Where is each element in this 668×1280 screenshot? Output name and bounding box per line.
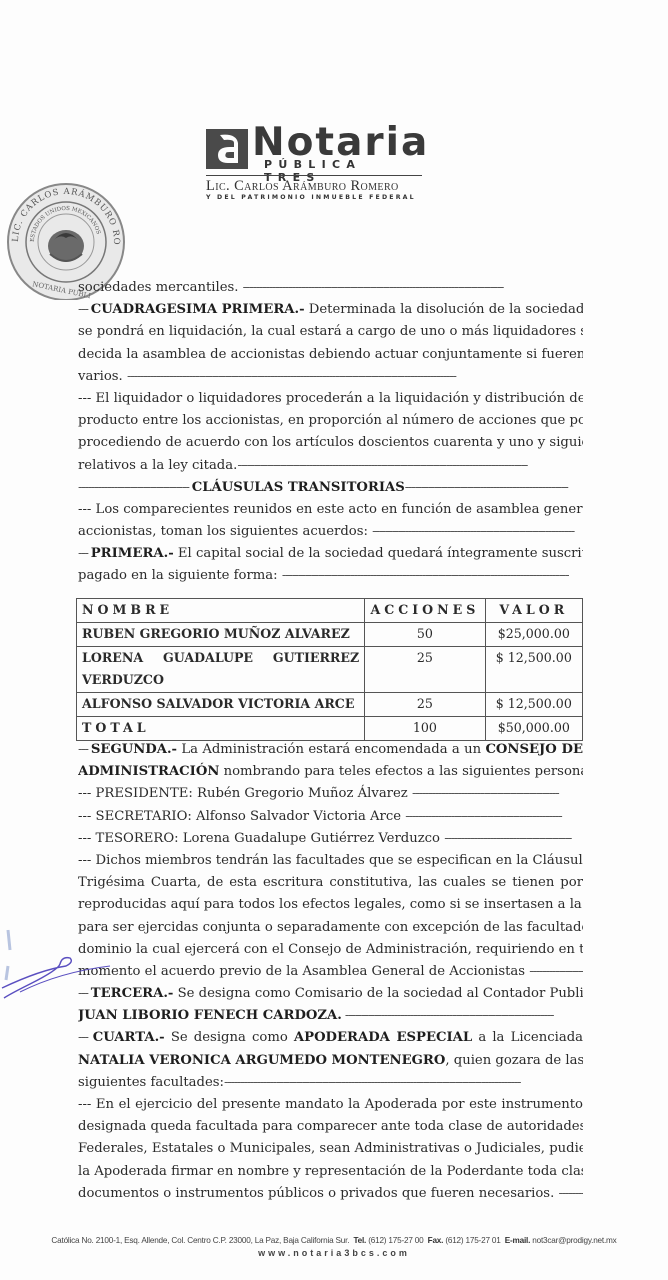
text-line: El capital social de la sociedad quedará…	[174, 546, 583, 561]
text-line: momento el acuerdo previo de la Asamblea…	[78, 964, 529, 979]
clause-label: PRIMERA.-	[91, 546, 174, 561]
text-line: , quien gozara de las	[445, 1053, 583, 1068]
text-line: --- El liquidador o liquidadores procede…	[78, 388, 583, 410]
bold-term: ADMINISTRACIÓN	[78, 764, 219, 779]
value-cell: $ 12,500.00	[485, 647, 582, 693]
text-line: Se designa como Comisario de la sociedad…	[173, 986, 583, 1001]
text-line: designada queda facultada para comparece…	[78, 1116, 583, 1138]
fax-label: Fax.	[428, 1236, 444, 1245]
clause-label: SEGUNDA.-	[91, 742, 177, 757]
notary-subtitle: Y DEL PATRIMONIO INMUEBLE FEDERAL	[206, 194, 416, 201]
text-line: nombrando para teles efectos a las sigui…	[219, 764, 583, 779]
text-line: procediendo de acuerdo con los artículos…	[78, 432, 583, 454]
section-title: CLÁUSULAS TRANSITORIAS	[192, 480, 405, 495]
text-line: siguientes facultades:	[78, 1075, 224, 1090]
text-line: --- Dichos miembros tendrán las facultad…	[78, 850, 583, 872]
text-line: Determinada la disolución de la sociedad…	[305, 302, 583, 317]
document-body: sociedades mercantiles. ----------------…	[78, 277, 583, 588]
text-line: para ser ejercidas conjunta o separadame…	[78, 917, 583, 939]
clause-label: CUADRAGESIMA PRIMERA.-	[91, 302, 305, 317]
footer-email[interactable]: not3car@prodigy.net.mx	[532, 1236, 616, 1245]
letterhead-footer: Católica No. 2100-1, Esq. Allende, Col. …	[0, 1236, 668, 1258]
email-label: E-mail.	[505, 1236, 530, 1245]
name-part: VERDUZCO	[82, 669, 359, 691]
text-line: Trigésima Cuarta, de esta escritura cons…	[78, 872, 583, 894]
footer-fax: (612) 175-27 01	[445, 1236, 500, 1245]
value-cell: $25,000.00	[485, 623, 582, 647]
text-line: dominio la cual ejercerá con el Consejo …	[78, 939, 583, 961]
shareholder-name: RUBEN GREGORIO MUÑOZ ALVAREZ	[77, 623, 365, 647]
table-total-row: TOTAL 100 $50,000.00	[77, 717, 583, 741]
text-line: --- Los comparecientes reunidos en este …	[78, 499, 583, 521]
total-label: TOTAL	[77, 717, 365, 741]
capital-table: NOMBRE ACCIONES VALOR RUBEN GREGORIO MUÑ…	[76, 598, 583, 741]
footer-phone: (612) 175-27 00	[368, 1236, 423, 1245]
notary-name: Lic. Carlos Arámburo Romero	[206, 178, 399, 195]
text-line: pagado en la siguiente forma:	[78, 568, 282, 583]
name-part: LORENA	[82, 647, 143, 669]
total-value: $50,000.00	[485, 717, 582, 741]
tel-label: Tel.	[353, 1236, 366, 1245]
table-row: ALFONSO SALVADOR VICTORIA ARCE 25 $ 12,5…	[77, 693, 583, 717]
text-line: reproducidas aquí para todos los efectos…	[78, 894, 583, 916]
text-line: sociedades mercantiles.	[78, 280, 243, 295]
bold-term: NATALIA VERONICA ARGUMEDO MONTENEGRO	[78, 1053, 445, 1068]
notaria-mark-icon	[206, 129, 248, 169]
text-line: la Apoderada firmar en nombre y represen…	[78, 1161, 583, 1183]
text-line: decida la asamblea de accionistas debien…	[78, 344, 583, 366]
shareholder-name: ALFONSO SALVADOR VICTORIA ARCE	[77, 693, 365, 717]
table-row: LORENA GUADALUPE GUTIERREZ VERDUZCO 25 $…	[77, 647, 583, 693]
shares-cell: 50	[365, 623, 485, 647]
treasurer-line: --- TESORERO: Lorena Guadalupe Gutiérrez…	[78, 831, 444, 846]
text-line: documentos o instrumentos públicos o pri…	[78, 1186, 558, 1201]
column-header: VALOR	[485, 599, 582, 623]
signature-scribble-icon	[0, 910, 120, 1000]
text-line: se pondrá en liquidación, la cual estará…	[78, 321, 583, 343]
column-header: NOMBRE	[77, 599, 365, 623]
footer-address: Católica No. 2100-1, Esq. Allende, Col. …	[51, 1236, 349, 1245]
value-cell: $ 12,500.00	[485, 693, 582, 717]
text-line: relativos a la ley citada.	[78, 458, 237, 473]
secretary-line: --- SECRETARIO: Alfonso Salvador Victori…	[78, 809, 405, 824]
president-line: --- PRESIDENTE: Rubén Gregorio Muñoz Álv…	[78, 786, 412, 801]
document-body-continued: --- SEGUNDA.- La Administración estará e…	[78, 739, 583, 1205]
name-part: GUADALUPE	[163, 647, 253, 669]
text-line: Federales, Estatales o Municipales, sean…	[78, 1138, 583, 1160]
footer-website[interactable]: www.notaria3bcs.com	[0, 1248, 668, 1258]
text-line: La Administración estará encomendada a u…	[177, 742, 485, 757]
document-page: Notaria PÚBLICA TRES Lic. Carlos Arámbur…	[0, 0, 668, 1280]
bold-term: JUAN LIBORIO FENECH CARDOZA.	[78, 1008, 342, 1023]
bold-term: APODERADA ESPECIAL	[294, 1030, 472, 1045]
text-line: varios.	[78, 369, 127, 384]
table-header-row: NOMBRE ACCIONES VALOR	[77, 599, 583, 623]
notary-letterhead: Notaria PÚBLICA TRES Lic. Carlos Arámbur…	[206, 127, 424, 207]
text-line: producto entre los accionistas, en propo…	[78, 410, 583, 432]
text-line: Se designa como	[165, 1030, 294, 1045]
shares-cell: 25	[365, 647, 485, 693]
shares-cell: 25	[365, 693, 485, 717]
total-shares: 100	[365, 717, 485, 741]
table-row: RUBEN GREGORIO MUÑOZ ALVAREZ 50 $25,000.…	[77, 623, 583, 647]
name-part: GUTIERREZ	[273, 647, 359, 669]
text-line: --- En el ejercicio del presente mandato…	[78, 1094, 583, 1116]
logo-divider	[206, 175, 422, 176]
shareholder-name: LORENA GUADALUPE GUTIERREZ VERDUZCO	[77, 647, 365, 693]
column-header: ACCIONES	[365, 599, 485, 623]
text-line: accionistas, toman los siguientes acuerd…	[78, 524, 372, 539]
text-line: a la Licenciada	[472, 1030, 583, 1045]
bold-term: CONSEJO DE	[485, 742, 583, 757]
clause-label: CUARTA.-	[93, 1030, 165, 1045]
